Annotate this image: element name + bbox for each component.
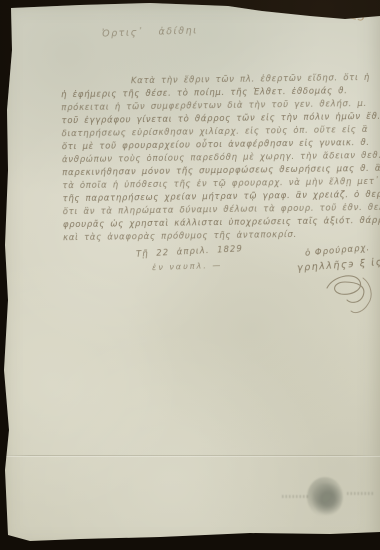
letter-body: Κατὰ τὴν ἔϑριν τῶν πλ. ἐϑερτῶν εἴδησ. ὅτ… <box>61 72 380 245</box>
stamp-microtext-right <box>347 492 374 495</box>
paper-fold-crease <box>0 455 380 456</box>
date-line: Τῇ 22 ἀπριλ. 1829 <box>136 244 243 260</box>
letter-heading: Ὀρτιϛ᾽ ἀδίϑηι <box>102 25 198 39</box>
signature-flourish-icon <box>323 270 380 318</box>
archive-stamp-icon <box>307 477 343 517</box>
signature-title: ὁ Φρούραρχ. <box>305 243 371 259</box>
stamp-microtext-left <box>282 495 309 498</box>
date-place-line: ἐν ναυπλ. — <box>152 261 223 272</box>
letter-paper: 25 Ὀρτιϛ᾽ ἀδίϑηι Κατὰ τὴν ἔϑριν τῶν πλ. … <box>0 0 380 550</box>
